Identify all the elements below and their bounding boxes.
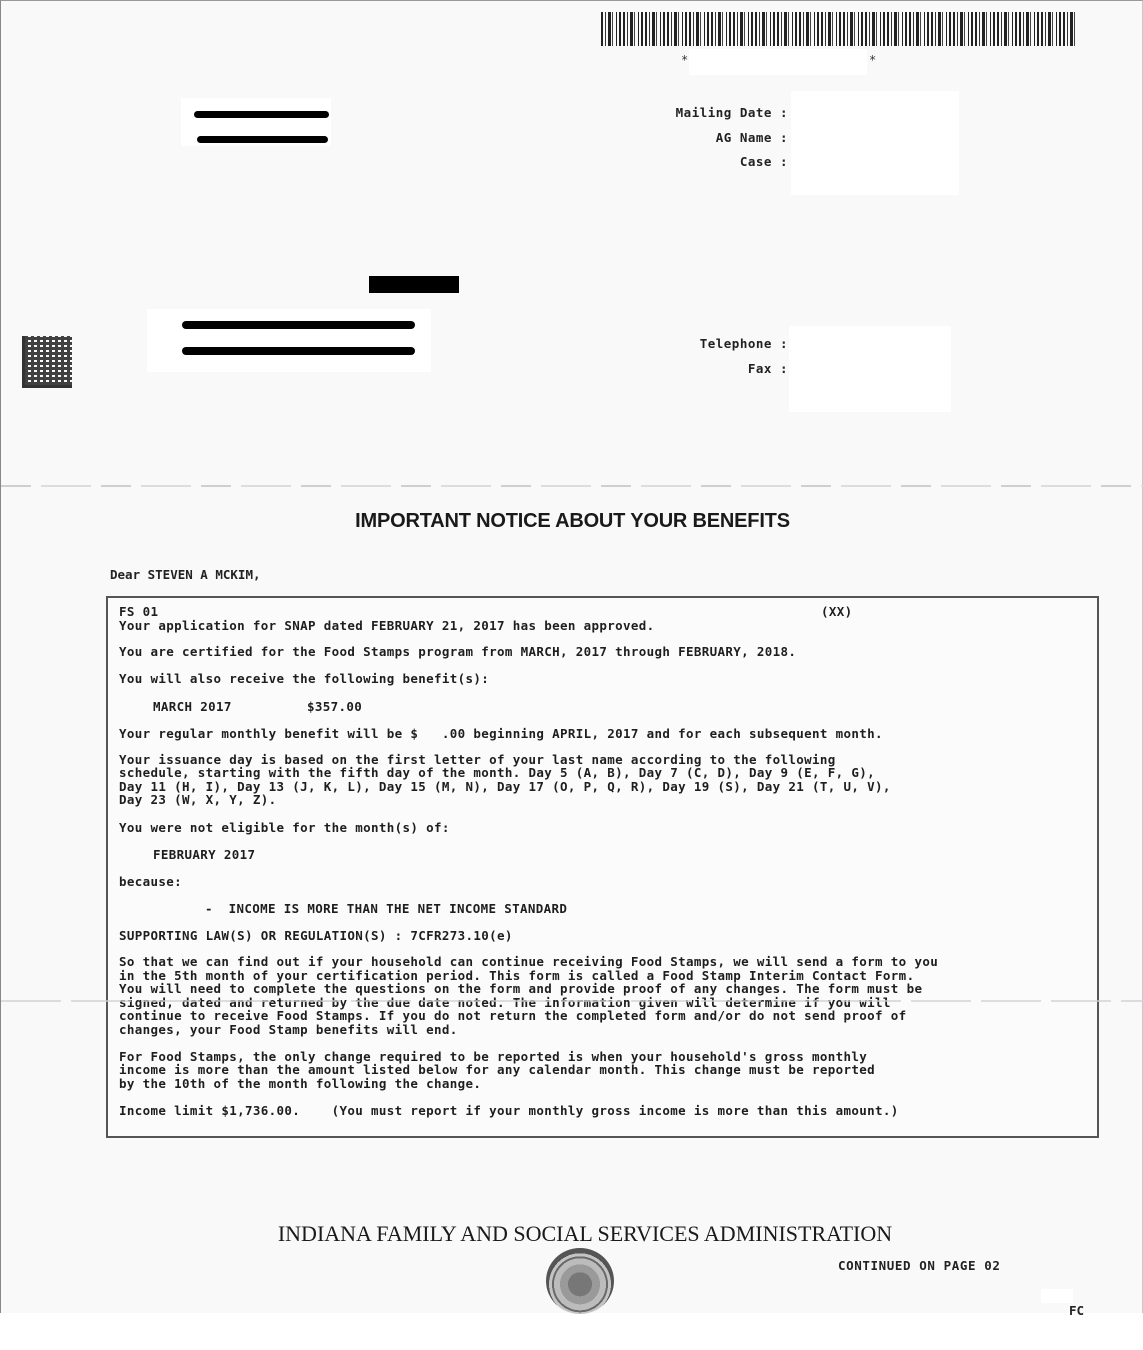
- reporting-line: by the 10th of the month following the c…: [119, 1077, 481, 1091]
- redaction-bar: [194, 111, 329, 118]
- notice-code-marker: (XX): [821, 605, 853, 619]
- benefit-amount: $357.00: [307, 700, 362, 714]
- mailing-date-label: Mailing Date :: [601, 101, 788, 126]
- continued-notice: CONTINUED ON PAGE 02: [838, 1258, 1001, 1273]
- barcode-icon: [601, 12, 1076, 46]
- issuance-line: schedule, starting with the fifth day of…: [119, 766, 875, 780]
- letter-page: * * Mailing Date : AG Name : Case : Tele…: [0, 0, 1143, 1313]
- ineligibility-reason: - INCOME IS MORE THAN THE NET INCOME STA…: [205, 902, 567, 916]
- interim-line: You will need to complete the questions …: [119, 982, 922, 996]
- because-text: because:: [119, 875, 182, 889]
- redaction-block: [369, 276, 459, 293]
- reporting-line: income is more than the amount listed be…: [119, 1063, 875, 1077]
- interim-line: changes, your Food Stamp benefits will e…: [119, 1023, 458, 1037]
- redaction-bar: [197, 136, 328, 143]
- ag-name-label: AG Name :: [601, 126, 788, 151]
- ineligible-month: FEBRUARY 2017: [153, 848, 255, 862]
- info-labels: Mailing Date : AG Name : Case :: [601, 101, 788, 175]
- regular-benefit-text: Your regular monthly benefit will be $ .…: [119, 727, 883, 741]
- greeting: Dear STEVEN A MCKIM,: [110, 567, 261, 582]
- notice-code: FS 01: [119, 605, 158, 619]
- agency-name: INDIANA FAMILY AND SOCIAL SERVICES ADMIN…: [1, 1221, 1143, 1247]
- datamatrix-icon: [22, 336, 72, 388]
- redacted-contact-values: [789, 326, 951, 412]
- approval-text: Your application for SNAP dated FEBRUARY…: [119, 619, 655, 633]
- interim-line: So that we can find out if your househol…: [119, 955, 938, 969]
- fax-label: Fax :: [601, 357, 788, 382]
- state-seal-icon: [546, 1248, 614, 1314]
- issuance-line: Day 23 (W, X, Y, Z).: [119, 793, 277, 807]
- fold-line: [1, 485, 1143, 487]
- also-receive-text: You will also receive the following bene…: [119, 672, 489, 686]
- footer-code: FC: [1069, 1303, 1084, 1318]
- not-eligible-text: You were not eligible for the month(s) o…: [119, 821, 450, 835]
- notice-title: IMPORTANT NOTICE ABOUT YOUR BENEFITS: [1, 510, 1143, 533]
- contact-labels: Telephone : Fax :: [601, 332, 788, 381]
- interim-line: continue to receive Food Stamps. If you …: [119, 1009, 907, 1023]
- benefit-month: MARCH 2017: [153, 700, 232, 714]
- redaction-bar: [182, 347, 415, 355]
- certification-text: You are certified for the Food Stamps pr…: [119, 645, 796, 659]
- barcode-star-left: *: [681, 53, 688, 67]
- redacted-footer-code: [1041, 1289, 1073, 1303]
- fold-line: [1, 1000, 1143, 1002]
- redacted-info-values: [791, 91, 959, 195]
- redacted-barcode-text: [689, 49, 867, 75]
- barcode-star-right: *: [869, 53, 876, 67]
- income-limit-text: Income limit $1,736.00. (You must report…: [119, 1104, 899, 1118]
- redacted-address-area: [147, 309, 431, 372]
- redaction-bar: [182, 321, 415, 329]
- telephone-label: Telephone :: [601, 332, 788, 357]
- regulation-text: SUPPORTING LAW(S) OR REGULATION(S) : 7CF…: [119, 929, 513, 943]
- case-label: Case :: [601, 150, 788, 175]
